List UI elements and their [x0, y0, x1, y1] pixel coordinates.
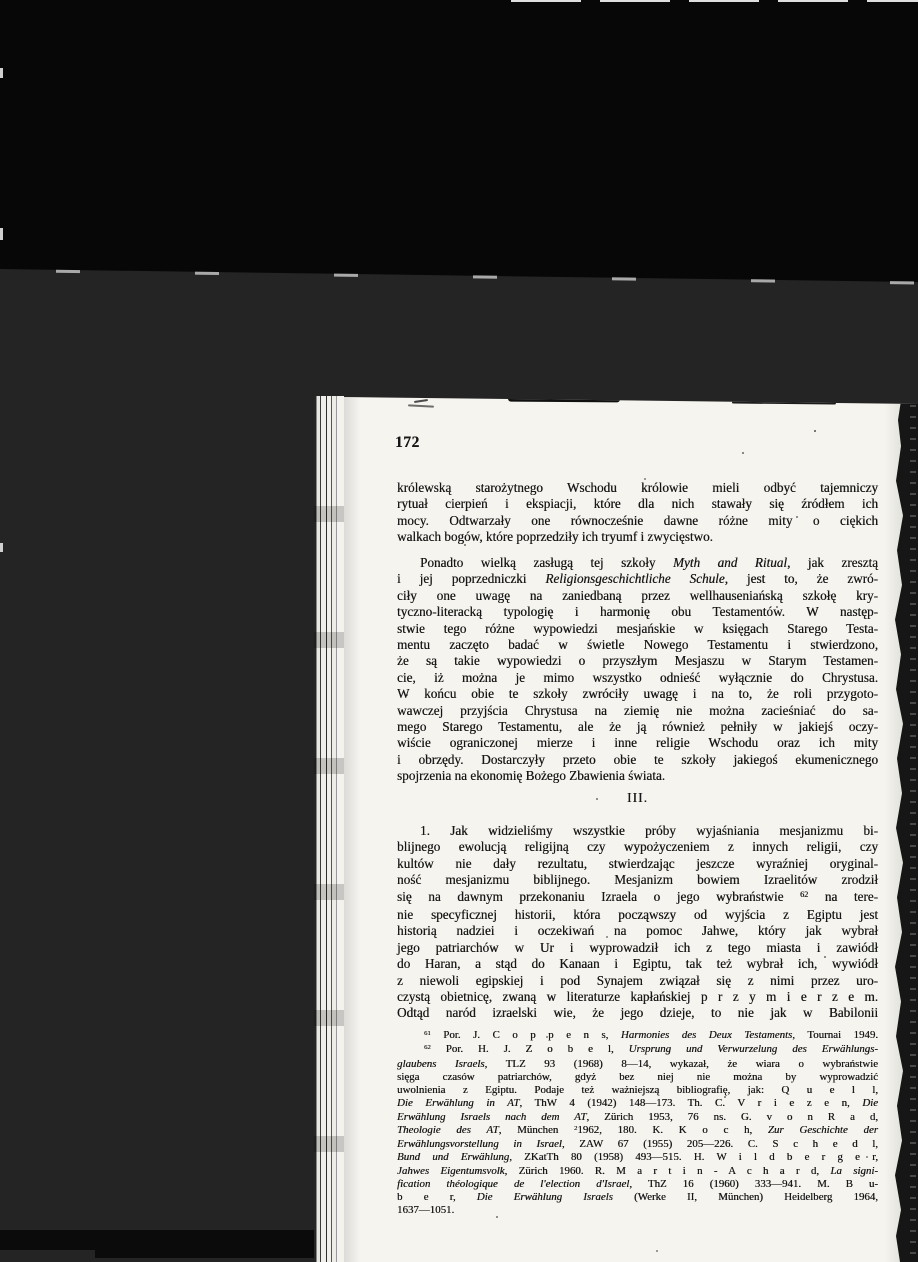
book-page-fan-edges	[314, 396, 344, 1262]
text-line: wiście ograniczonej mierze i inne religi…	[397, 735, 878, 751]
footnote: 61 Por. J. C o p p e n s, Harmonies des …	[397, 1029, 878, 1043]
text-line: stwie tego różne wypowiedzi mesjańskie w…	[397, 621, 878, 637]
text-line: do Haran, a stąd do Kanaan i Egiptu, tak…	[397, 956, 878, 972]
scanned-document-view: 172 królewską starożytnego Wschodu królo…	[0, 0, 918, 1262]
text-line: Bund und Erwählung, ZKatTh 80 (1958) 493…	[397, 1151, 878, 1164]
film-edge-tick	[0, 68, 3, 78]
text-line: jego patriarchów w Ur i wyprowadził ich …	[397, 940, 878, 956]
text-line: 1637—1051.	[397, 1204, 878, 1217]
text-line: Jahwes Eigentumsvolk, Zürich 1960. R. M …	[397, 1165, 878, 1178]
footnote: 62 Por. H. J. Z o b e l, Ursprung und Ve…	[397, 1043, 878, 1217]
text-line: tyczno-literacką typologię i harmonię ob…	[397, 604, 878, 620]
text-line: Theologie des AT, München 21962, 180. K.…	[397, 1124, 878, 1138]
text-line: kultów nie dały rezultatu, stwierdzając …	[397, 856, 878, 872]
text-line: nie specyficznej historii, która począws…	[397, 907, 878, 923]
book-page: 172 królewską starożytnego Wschodu królo…	[344, 394, 918, 1262]
text-line: ciły one uwagę na zaniedbaną przez wellh…	[397, 588, 878, 604]
text-line: mocy. Odtwarzały one równocześnie dawne …	[397, 513, 878, 529]
footnotes-block: 61 Por. J. C o p p e n s, Harmonies des …	[397, 1029, 878, 1218]
text-line: 1. Jak widzieliśmy wszystkie próby wyjaś…	[397, 823, 878, 839]
text-line: uwolnienia z Egiptu. Podaje też ważniejs…	[397, 1084, 878, 1097]
film-top-dashes	[511, 0, 918, 2]
text-line: i obrzędy. Dostarczyły przeto obie te sz…	[397, 752, 878, 768]
text-line: z niewoli egipskiej i pod Synajem związa…	[397, 973, 878, 989]
text-line: Odtąd naród izraelski wie, że jego dziej…	[397, 1005, 878, 1021]
film-bottom-black-patch	[0, 1230, 338, 1250]
text-line: się na dawnym przekonaniu Izraela o jego…	[397, 889, 878, 907]
text-line: blijnego ewolucją religijną czy wypożycz…	[397, 839, 878, 855]
text-line: Erwählungsvorstellung in Israel, ZAW 67 …	[397, 1138, 878, 1151]
body-paragraph: królewską starożytnego Wschodu królowie …	[397, 480, 878, 546]
text-line: spojrzenia na ekonomię Bożego Zbawienia …	[397, 768, 878, 784]
text-line: i jej poprzedniczki Religionsgeschichtli…	[397, 571, 878, 587]
text-line: cie, iż można je mimo wszystko odnieść w…	[397, 670, 878, 686]
page-number: 172	[395, 434, 420, 452]
text-line: czystą obietnicę, zwaną w literaturze ka…	[397, 989, 878, 1005]
text-line: 61 Por. J. C o p p e n s, Harmonies des …	[397, 1029, 878, 1043]
text-line: historią nadziei i oczekiwań na pomoc Ja…	[397, 923, 878, 939]
text-line: Ponadto wielką zasługą tej szkoły Myth a…	[397, 555, 878, 571]
film-edge-tick	[0, 228, 3, 240]
text-line: Die Erwählung in AT, ThW 4 (1942) 148—17…	[397, 1097, 878, 1110]
text-line: 62 Por. H. J. Z o b e l, Ursprung und Ve…	[397, 1043, 878, 1057]
section-heading: III.	[397, 790, 878, 806]
text-line: mentu zaczęto badać w świetle Nowego Tes…	[397, 637, 878, 653]
text-line: b e r, Die Erwählung Israels (Werke II, …	[397, 1191, 878, 1204]
text-line: W końcu obie te szkoły zwróciły uwagę i …	[397, 686, 878, 702]
film-edge-tick	[0, 543, 3, 552]
text-line: Erwählung Israels nach dem AT, Zürich 19…	[397, 1111, 878, 1124]
scan-ink-blob	[508, 396, 620, 403]
page-torn-right-edge	[892, 394, 918, 1262]
text-line: glaubens Israels, TLZ 93 (1968) 8—14, wy…	[397, 1058, 878, 1071]
text-line: walkach bogów, które poprzedziły ich try…	[397, 529, 878, 545]
body-paragraph: Ponadto wielką zasługą tej szkoły Myth a…	[397, 555, 878, 785]
handwriting-smudge	[408, 398, 438, 410]
text-line: wawczej przyjścia Chrystusa na ziemię ni…	[397, 703, 878, 719]
text-line: królewską starożytnego Wschodu królowie …	[397, 480, 878, 496]
text-line: mego Starego Testamentu, ale że ją równi…	[397, 719, 878, 735]
body-paragraph: 1. Jak widzieliśmy wszystkie próby wyjaś…	[397, 823, 878, 1022]
scan-noise-speckles	[344, 394, 346, 396]
film-bottom-black-patch	[95, 1248, 337, 1258]
text-line: sięga czasów patriarchów, gdyż bez niej …	[397, 1071, 878, 1084]
text-line: rytuał cierpień i ekspiacji, które dla n…	[397, 496, 878, 512]
text-line: że są takie wypowiedzi o przyszłym Mesja…	[397, 653, 878, 669]
scan-ink-blob	[732, 401, 836, 405]
text-line: ność mesjanizmu biblijnego. Mesjanizm bo…	[397, 872, 878, 888]
film-black-band	[0, 0, 918, 292]
text-line: fication théologique de l'election d'Isr…	[397, 1178, 878, 1191]
